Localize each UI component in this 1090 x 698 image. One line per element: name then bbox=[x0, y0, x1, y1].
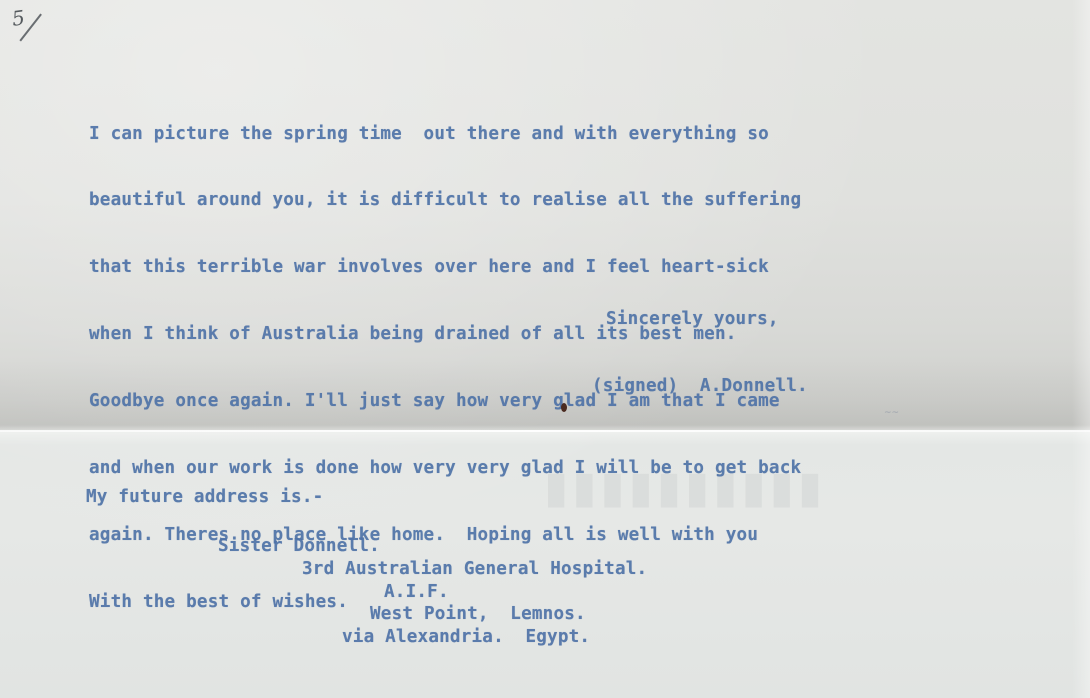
address-line-unit: A.I.F. bbox=[384, 581, 449, 603]
address-line-location: West Point, Lemnos. bbox=[370, 603, 586, 625]
paper-edge bbox=[1072, 0, 1090, 698]
ink-spot bbox=[561, 403, 567, 412]
body-line: beautiful around you, it is difficult to… bbox=[89, 189, 801, 211]
closing-signature: (signed) A.Donnell. bbox=[592, 375, 808, 398]
letter-closing: Sincerely yours, (signed) A.Donnell. bbox=[592, 263, 808, 442]
body-line: I can picture the spring time out there … bbox=[89, 123, 801, 145]
letter-paper: 5 ▮▮▮▮▮▮▮▮▮▮ I can picture the spring ti… bbox=[0, 0, 1090, 698]
address-line-name: Sister Donnell. bbox=[218, 535, 380, 557]
address-line-hospital: 3rd Australian General Hospital. bbox=[302, 558, 647, 580]
closing-salutation: Sincerely yours, bbox=[592, 308, 808, 331]
address-intro: My future address is.- bbox=[86, 486, 323, 508]
page-number-mark: 5 bbox=[10, 5, 26, 31]
address-line-country: via Alexandria. Egypt. bbox=[342, 626, 590, 648]
body-line: and when our work is done how very very … bbox=[89, 457, 801, 479]
pencil-mark: ~~ bbox=[884, 408, 899, 418]
body-line: again. Theres no place like home. Hoping… bbox=[89, 524, 801, 546]
